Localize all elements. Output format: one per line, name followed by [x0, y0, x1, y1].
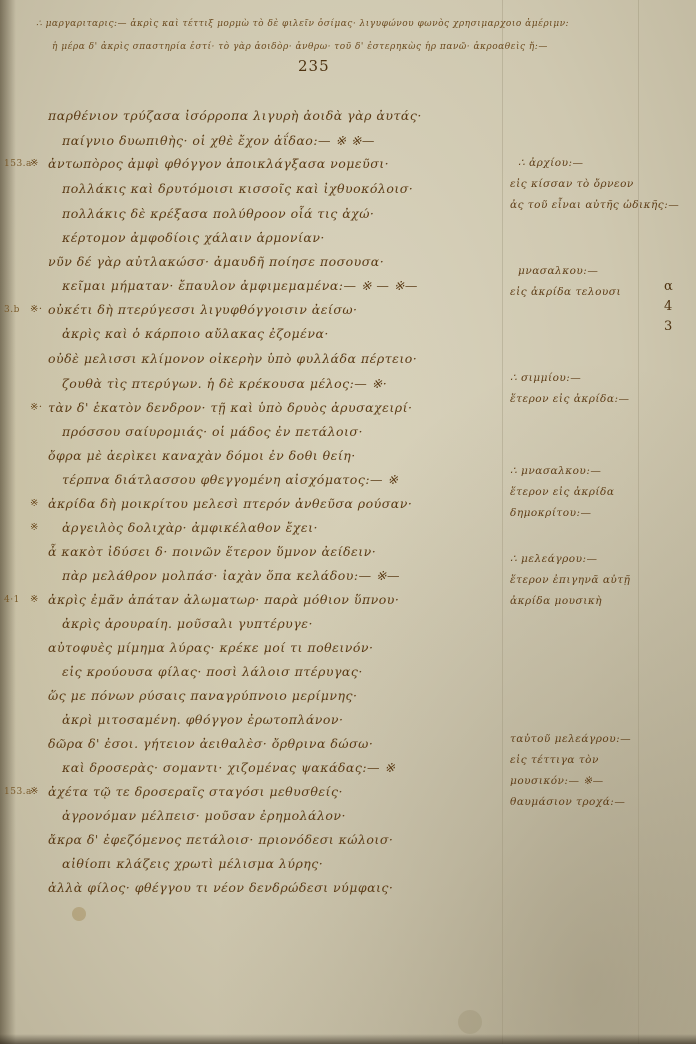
asterisk-marker-icon: ※·	[30, 304, 43, 315]
asterisk-marker-icon: ※	[30, 594, 39, 605]
margin-note-line: ∴ μνασαλκου:—	[510, 465, 601, 477]
line-text: ἀντωπὸρος ἀμφὶ φθόγγον ἀποικλάγξασα νομε…	[48, 156, 389, 171]
manuscript-line: παίγνιο δυωπιθὴς· οἱ χθὲ ἔχον ἀΐδαο:— ※ …	[62, 133, 375, 148]
line-text: κεῖμαι μήματαν· ἔπαυλον ἀμφιμεμαμένα:— ※…	[62, 278, 418, 293]
manuscript-line: τέρπνα διάτλασσου φθεγγομένη αἰσχόματος:…	[62, 472, 399, 487]
line-text: ἀκρὶς καὶ ὁ κάρποιο αὔλακας ἐζομένα·	[62, 326, 329, 341]
line-text: ἀκρὶς ἀρουραίη. μοῦσαλι γυπτέρυγε·	[62, 616, 313, 631]
line-text: αἰθίοπι κλάζεις χρωτὶ μέλισμα λύρης·	[62, 856, 323, 871]
margin-note-line: εἰς κίσσαν τὸ ὄρνεον	[510, 178, 634, 190]
manuscript-line: ἀργειλὸς δολιχὰρ· ἀμφικέλαθον ἔχει·	[62, 520, 318, 535]
manuscript-line: πολλάκις δὲ κρέξασα πολύθροον οἷά τις ἀχ…	[62, 206, 374, 221]
manuscript-line: εἰς κρούουσα φίλας· ποσὶ λάλοισ πτέρυγας…	[62, 664, 363, 679]
manuscript-line: κέρτομον ἀμφοδίοις χάλαιν ἁρμονίαν·	[62, 230, 325, 245]
manuscript-line: ζουθὰ τὶς πτερύγων. ἡ δὲ κρέκουσα μέλος:…	[62, 376, 387, 391]
line-text: πρόσσου σαίυρομιάς· οἱ μάδος ἐν πετάλοισ…	[62, 424, 363, 439]
line-text: κέρτομον ἀμφοδίοις χάλαιν ἁρμονίαν·	[62, 230, 325, 245]
line-text: πολλάκις δὲ κρέξασα πολύθροον οἷά τις ἀχ…	[62, 206, 374, 221]
margin-note-line: ἀς τοῦ εἶναι αὐτῆς ὠδικῆς:—	[510, 199, 679, 211]
line-text: πὰρ μελάθρον μολπάσ· ἰαχὰν ὅπα κελάδου:—…	[62, 568, 400, 583]
margin-reference: 3.b	[4, 305, 20, 315]
asterisk-marker-icon: ※	[30, 498, 39, 509]
line-text: ζουθὰ τὶς πτερύγων. ἡ δὲ κρέκουσα μέλος:…	[62, 376, 387, 391]
manuscript-line: ἆ κακὸτ ἰδύσει δ· ποινῶν ἕτερον ὕμνον ἀε…	[48, 544, 376, 559]
line-text: τὰν δ' ἑκατὸν δενδρον· τῇ καὶ ὑπὸ δρυὸς …	[48, 400, 412, 415]
margin-reference: 153.a	[4, 159, 32, 169]
manuscript-line: ἀγρονόμαν μέλπεισ· μοῦσαν ἐρημολάλον·	[62, 808, 346, 823]
folio-number: 235	[298, 57, 330, 75]
margin-note-line: μουσικόν:— ※—	[510, 775, 604, 787]
manuscript-line: νῦν δέ γὰρ αὐτλακώσσ· ἀμαυδῆ ποίησε ποσο…	[48, 254, 384, 269]
margin-note-line: δημοκρίτου:—	[510, 507, 591, 519]
manuscript-line: τὰν δ' ἑκατὸν δενδρον· τῇ καὶ ὑπὸ δρυὸς …	[48, 400, 412, 415]
line-text: παίγνιο δυωπιθὴς· οἱ χθὲ ἔχον ἀΐδαο:— ※ …	[62, 133, 375, 148]
margin-note-line: μνασαλκου:—	[518, 265, 598, 277]
line-text: αὐτοφυὲς μίμημα λύρας· κρέκε μοί τι ποθε…	[48, 640, 373, 655]
ruling-line	[638, 0, 639, 1044]
margin-note-line: εἰς τέττιγα τὸν	[510, 754, 599, 766]
line-text: εἰς κρούουσα φίλας· ποσὶ λάλοισ πτέρυγας…	[62, 664, 363, 679]
manuscript-line: οὐδὲ μελισσι κλίμονον οἰκερὴν ὑπὸ φυλλάδ…	[48, 351, 417, 366]
line-text: τέρπνα διάτλασσου φθεγγομένη αἰσχόματος:…	[62, 472, 399, 487]
manuscript-line: ἀκρίδα δὴ μοικρίτου μελεσὶ πτερόν ἀνθεῦσ…	[48, 496, 412, 511]
ruling-line	[502, 0, 503, 1044]
margin-note-line: ἀκρίδα μουσικὴ	[510, 595, 602, 607]
manuscript-line: ἀκρὶς ἐμᾶν ἀπάταν ἀλωματωρ· παρὰ μόθιον …	[48, 592, 399, 607]
line-text: ἀργειλὸς δολιχὰρ· ἀμφικέλαθον ἔχει·	[62, 520, 318, 535]
manuscript-line: ἀντωπὸρος ἀμφὶ φθόγγον ἀποικλάγξασα νομε…	[48, 156, 389, 171]
line-text: παρθένιον τρύζασα ἰσόρροπα λιγυρὴ ἀοιδὰ …	[48, 108, 422, 123]
line-text: δῶρα δ' ἐσοι. γήτειον ἀειθαλὲσ· ὄρθρινα …	[48, 736, 373, 751]
margin-note-line: ἕτερον εἰς ἀκρίδα:—	[510, 393, 629, 405]
line-text: ἀχέτα τῷ τε δροσεραῖς σταγόσι μεθυσθείς·	[48, 784, 343, 799]
margin-note-line: ∴ μελεάγρου:—	[510, 553, 598, 565]
binding-shadow	[0, 0, 16, 1044]
margin-reference: 4·1	[4, 595, 20, 605]
manuscript-line: ἀλλὰ φίλος· φθέγγου τι νέον δενδρώδεσι ν…	[48, 880, 393, 895]
page-edge-shadow	[0, 1034, 696, 1044]
manuscript-line: ὄφρα μὲ ἀερὶκει καναχὰν δόμοι ἐν δοθι θε…	[48, 448, 356, 463]
margin-note-line: ἕτερον ἐπιγηνᾶ αὐτῇ	[510, 574, 630, 586]
manuscript-line: ἀκρὶ μιτοσαμένη. φθόγγον ἐρωτοπλάνον·	[62, 712, 343, 727]
margin-numeral: 4	[664, 299, 673, 314]
line-text: ἀκρὶ μιτοσαμένη. φθόγγον ἐρωτοπλάνον·	[62, 712, 343, 727]
margin-reference: 153.a	[4, 787, 32, 797]
header-line: ∴ μαργαριταρις:— ἀκρὶς καὶ τέττιξ μορμὼ …	[36, 19, 569, 29]
manuscript-line: καὶ δροσερὰς· σομαντι· χιζομένας ψακάδας…	[62, 760, 396, 775]
margin-note-line: θαυμάσιον τροχά:—	[510, 796, 625, 808]
manuscript-line: κεῖμαι μήματαν· ἔπαυλον ἀμφιμεμαμένα:— ※…	[62, 278, 418, 293]
manuscript-line: πὰρ μελάθρον μολπάσ· ἰαχὰν ὅπα κελάδου:—…	[62, 568, 400, 583]
manuscript-line: ἀκρὶς καὶ ὁ κάρποιο αὔλακας ἐζομένα·	[62, 326, 329, 341]
asterisk-marker-icon: ※	[30, 522, 39, 533]
manuscript-line: πολλάκις καὶ δρυτόμοισι κισσοῖς καὶ ἰχθυ…	[62, 181, 413, 196]
line-text: ἆ κακὸτ ἰδύσει δ· ποινῶν ἕτερον ὕμνον ἀε…	[48, 544, 376, 559]
manuscript-line: παρθένιον τρύζασα ἰσόρροπα λιγυρὴ ἀοιδὰ …	[48, 108, 422, 123]
stain	[72, 907, 86, 921]
line-text: οὐκέτι δὴ πτερύγεσσι λιγυφθόγγοισιν ἀείσ…	[48, 302, 358, 317]
manuscript-line: αὐτοφυὲς μίμημα λύρας· κρέκε μοί τι ποθε…	[48, 640, 373, 655]
margin-note-line: ∴ σιμμίου:—	[510, 372, 581, 384]
line-text: ἀκρὶς ἐμᾶν ἀπάταν ἀλωματωρ· παρὰ μόθιον …	[48, 592, 399, 607]
margin-numeral: α	[664, 279, 673, 294]
margin-note-line: ταὐτοῦ μελεάγρου:—	[510, 733, 631, 745]
manuscript-line: αἰθίοπι κλάζεις χρωτὶ μέλισμα λύρης·	[62, 856, 323, 871]
line-text: ἄκρα δ' ἐφεζόμενος πετάλοισ· πριονόδεσι …	[48, 832, 393, 847]
line-text: ἀλλὰ φίλος· φθέγγου τι νέον δενδρώδεσι ν…	[48, 880, 393, 895]
line-text: οὐδὲ μελισσι κλίμονον οἰκερὴν ὑπὸ φυλλάδ…	[48, 351, 417, 366]
margin-numeral: 3	[664, 319, 673, 334]
line-text: ἀκρίδα δὴ μοικρίτου μελεσὶ πτερόν ἀνθεῦσ…	[48, 496, 412, 511]
line-text: ὄφρα μὲ ἀερὶκει καναχὰν δόμοι ἐν δοθι θε…	[48, 448, 356, 463]
asterisk-marker-icon: ※·	[30, 402, 43, 413]
stain	[458, 1010, 482, 1034]
header-line: ἡ μέρα δ' ἀκρὶς σπαστηρία ἐστί· τὸ γὰρ ἀ…	[52, 42, 548, 52]
manuscript-line: οὐκέτι δὴ πτερύγεσσι λιγυφθόγγοισιν ἀείσ…	[48, 302, 358, 317]
line-text: ὥς με πόνων ρύσαις παναγρύπνοιο μερίμνης…	[48, 688, 358, 703]
manuscript-page: ∴ μαργαριταρις:— ἀκρὶς καὶ τέττιξ μορμὼ …	[0, 0, 696, 1044]
margin-note-line: ἕτερον εἰς ἀκρίδα	[510, 486, 614, 498]
line-text: νῦν δέ γὰρ αὐτλακώσσ· ἀμαυδῆ ποίησε ποσο…	[48, 254, 384, 269]
manuscript-line: ὥς με πόνων ρύσαις παναγρύπνοιο μερίμνης…	[48, 688, 358, 703]
margin-note-line: εἰς ἀκρίδα τελουσι	[510, 286, 621, 298]
manuscript-line: ἀχέτα τῷ τε δροσεραῖς σταγόσι μεθυσθείς·	[48, 784, 343, 799]
margin-note-line: ∴ ἀρχίου:—	[518, 157, 584, 169]
line-text: καὶ δροσερὰς· σομαντι· χιζομένας ψακάδας…	[62, 760, 396, 775]
manuscript-line: ἀκρὶς ἀρουραίη. μοῦσαλι γυπτέρυγε·	[62, 616, 313, 631]
manuscript-line: δῶρα δ' ἐσοι. γήτειον ἀειθαλὲσ· ὄρθρινα …	[48, 736, 373, 751]
manuscript-line: ἄκρα δ' ἐφεζόμενος πετάλοισ· πριονόδεσι …	[48, 832, 393, 847]
line-text: πολλάκις καὶ δρυτόμοισι κισσοῖς καὶ ἰχθυ…	[62, 181, 413, 196]
manuscript-line: πρόσσου σαίυρομιάς· οἱ μάδος ἐν πετάλοισ…	[62, 424, 363, 439]
line-text: ἀγρονόμαν μέλπεισ· μοῦσαν ἐρημολάλον·	[62, 808, 346, 823]
